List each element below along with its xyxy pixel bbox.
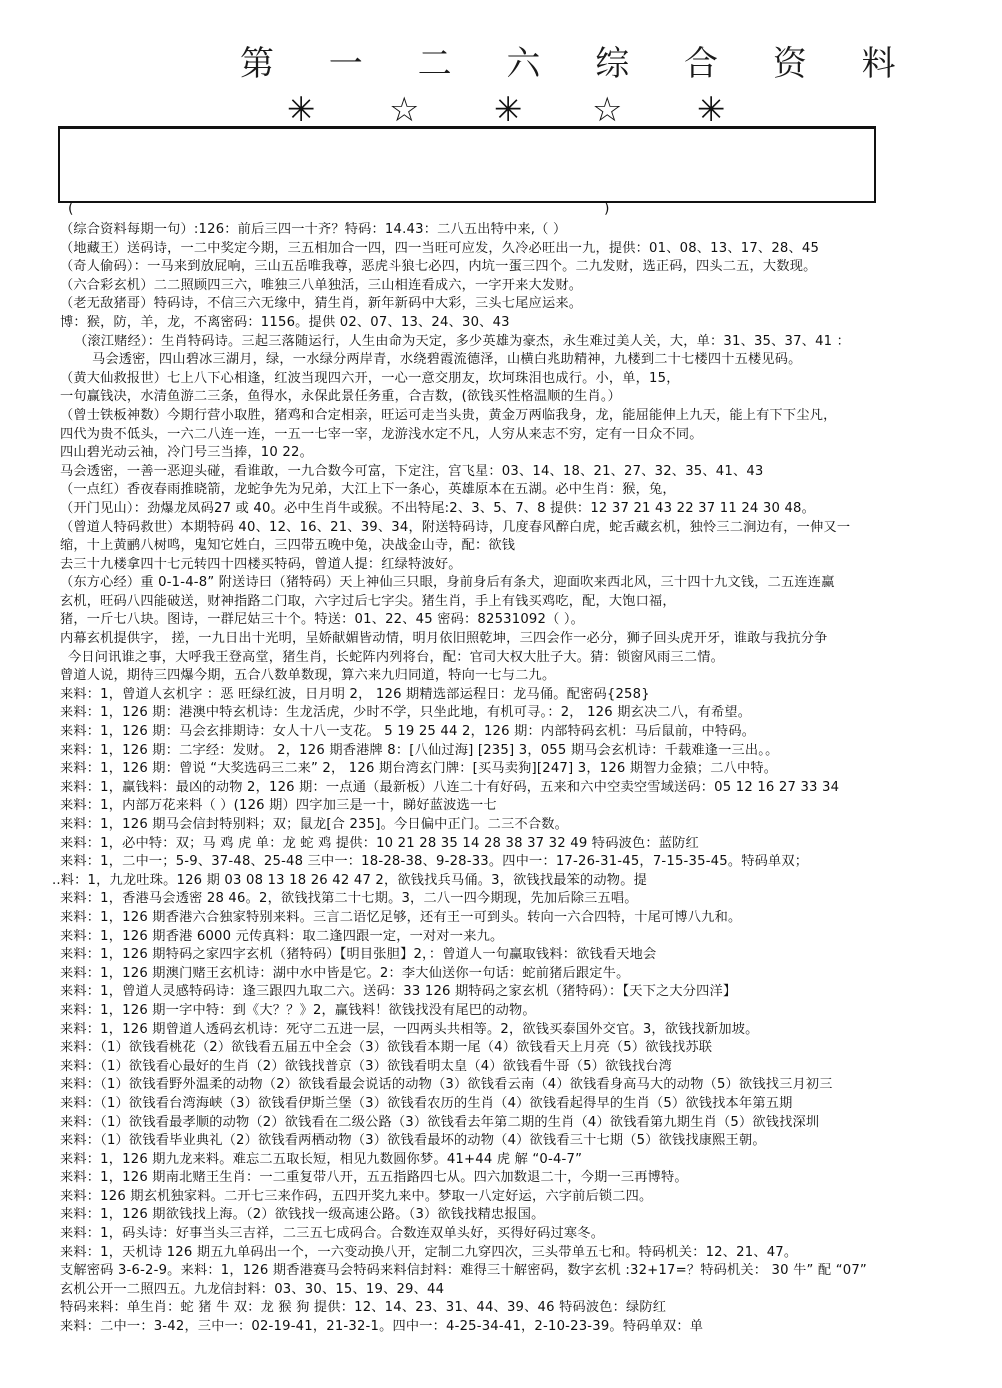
text-line: 来料：（1）欲钱看最孝顺的动物（2）欲钱看在二级公路（3）欲钱看去年第二期的生肖… bbox=[60, 1114, 1000, 1133]
text-line: 来料：1，126 期特码之家四字玄机（猪特码）【明目张胆】2，：曾道人一句赢取钱… bbox=[60, 946, 1000, 965]
outline-star-icon: ☆ bbox=[592, 90, 622, 130]
text-line: 来料：（1）欲钱看野外温柔的动物（2）欲钱看最会说话的动物（3）欲钱看云南（4）… bbox=[60, 1076, 1000, 1095]
text-line: 一句赢钱决，水清鱼游二三条，鱼得水，永保此景任务重，合吉数，(欲钱买性格温顺的生… bbox=[60, 388, 1000, 407]
text-line: 来料：二中一：3-42，三中一：02-19-41，21-32-1。四中一：4-2… bbox=[60, 1318, 1000, 1337]
text-line: 四山碧光动云袖，冷门号三当捧，10 22。 bbox=[60, 444, 1000, 463]
text-line: 来料：1，二中一；5-9、37-48、25-48 三中一：18-28-38、9-… bbox=[60, 853, 1000, 872]
text-line: 来料：1，香港马会透密 28 46。2，欲钱找第二十七期。3，二八一四今期现，先… bbox=[60, 890, 1000, 909]
text-line: 玄机，旺码八四能破送，财神指路二门取，六字过后七字尖。猪生肖，手上有钱买鸡吃，配… bbox=[60, 593, 1000, 612]
text-line: 来料：（1）欲钱看桃花（2）欲钱看五届五中全会（3）欲钱看本期一尾（4）欲钱看天… bbox=[60, 1039, 1000, 1058]
empty-parenthesis-line: ( ) bbox=[68, 198, 618, 220]
text-line: 博：猴，防，羊，龙，不离密码：1156。提供 02、07、13、24、30、43 bbox=[60, 314, 1000, 333]
text-line: 来料：1，126 期：马会玄排期诗：女人十八一支花。 5 19 25 44 2，… bbox=[60, 723, 1000, 742]
text-line: （滚江赌经）：生肖特码诗。三起三落随运行，人生由命为天定，多少英雄为豪杰，永生难… bbox=[60, 333, 1000, 352]
text-line: （综合资料每期一句）:126：前后三四一十齐？特码：14.43：二八五出特中来,… bbox=[60, 221, 1000, 240]
text-line: （东方心经）重 0-1-4-8” 附送诗曰（猪特码）天上神仙三只眼，身前身后有条… bbox=[60, 574, 1000, 593]
text-line: 内幕玄机提供字， 搓，一九日出十光明，呈娇献媚皆动情，明月依旧照乾坤，三四会作一… bbox=[60, 630, 1000, 649]
text-line: 四代为贵不低头，一六二八连一连，一五一七宰一宰，龙游浅水定不凡，人穷从来志不穷，… bbox=[60, 426, 1000, 445]
text-line: （六合彩玄机）二二照顾四三六，唯独三八单独活，三山相连看成六，一字开来大发财。 bbox=[60, 277, 1000, 296]
text-line: （开门见山）：劲爆龙凤码27 或 40。必中生肖牛或猴。不出特尾:2、3、5、7… bbox=[60, 500, 1000, 519]
text-line: 来料：1，126 期曾道人透码玄机诗：死守二五进一层，一四两头共相等。2，欲钱买… bbox=[60, 1021, 1000, 1040]
text-line: 去三十九楼拿四十七元转四十四楼买特码，曾道人提：红绿特波好。 bbox=[60, 556, 1000, 575]
asterisk-star-icon: ✳ bbox=[287, 90, 316, 130]
star-decoration-row: ✳ ☆ ✳ ☆ ✳ bbox=[0, 90, 1002, 130]
text-line: （曾道人特码救世）本期特码 40、12、16、21、39、34，附送特码诗，几度… bbox=[60, 519, 1000, 538]
text-line: 来料：（1）欲钱看心最好的生肖（2）欲钱找普京（3）欲钱看明太皇（4）欲钱看牛哥… bbox=[60, 1058, 1000, 1077]
text-line: 来料：1，126 期：曾说 “大奖选码三二来” 2， 126 期台湾玄门牌：[买… bbox=[60, 760, 1000, 779]
blank-banner-box bbox=[58, 126, 876, 203]
text-line: 来料：1，必中特：双；马 鸡 虎 单：龙 蛇 鸡 提供：10 21 28 35 … bbox=[60, 835, 1000, 854]
text-line: 来料：1，126 期香港六合独家特别来料。三言二语忆足够，还有王一可到头。转向一… bbox=[60, 909, 1000, 928]
text-line: 特码来料：单生肖：蛇 猪 牛 双：龙 猴 狗 提供：12、14、23、31、44… bbox=[60, 1299, 1000, 1318]
text-line: 来料：1，126 期香港 6000 元传真料：取二逢四跟一定，一对对一来九。 bbox=[60, 928, 1000, 947]
text-line: 来料：1，126 期欲钱找上海。（2）欲钱找一级高速公路。（3）欲钱找精忠报国。 bbox=[60, 1206, 1000, 1225]
text-line: 来料：（1）欲钱看毕业典礼（2）欲钱看两栖动物（3）欲钱看最坏的动物（4）欲钱看… bbox=[60, 1132, 1000, 1151]
text-line: 来料：1，126 期南北赌王生肖：一二重复带八开，五五指路四七从。四六加数退二十… bbox=[60, 1169, 1000, 1188]
text-line: 来料：1，天机诗 126 期五九单码出一个，一六变动换八开，定制二九穿四次，三头… bbox=[60, 1244, 1000, 1263]
text-line: 来料：1，126 期：港澳中特玄机诗：生龙活虎，少时不学，只坐此地，有机可寻。：… bbox=[60, 704, 1000, 723]
page-title: 第 一 二 六 综 合 资 料 bbox=[240, 44, 680, 84]
text-line: 来料：1，126 期一字中特：到《大？？》2，赢钱料！欲钱找没有尾巴的动物。 bbox=[60, 1002, 1000, 1021]
text-line: 来料：1，126 期马会信封特别料；双；鼠龙[合 235]。今日偏中正门。二三不… bbox=[60, 816, 1000, 835]
text-line: （地藏王）送码诗，一二中奖定今期，三五相加合一四，四一当旺可应发，久冷必旺出一九… bbox=[60, 240, 1000, 259]
text-line: 玄机公开一二照四五。九龙信封料：03、30、15、19、29、44 bbox=[60, 1281, 1000, 1300]
outline-star-icon: ☆ bbox=[389, 90, 419, 130]
text-line: 马会透密，四山碧冰三湖月，绿，一水绿分两岸青，水绕碧霞流德泽，山横白兆助精神，九… bbox=[60, 351, 1000, 370]
text-line: 今日问讯谁之事，大呼我王登高堂，猪生肖，长蛇阵内列将台，配：官司大权大肚子大。猜… bbox=[60, 649, 1000, 668]
text-line: 支解密码 3-6-2-9。来料：1，126 期香港赛马会特码来料信封料：难得三十… bbox=[60, 1262, 1000, 1281]
text-line: 来料：1，126 期：二字经：发财。 2，126 期香港牌 8：[八仙过海] [… bbox=[60, 742, 1000, 761]
text-line: （黄大仙救报世）七上八下心相逢，红波当现四六开，一心一意交朋友，坎坷珠泪也成行。… bbox=[60, 370, 1000, 389]
asterisk-star-icon: ✳ bbox=[494, 90, 523, 130]
text-line: 曾道人说，期待三四爆今期，五合八数单数现，算六来九归同道，特向一七与二九。 bbox=[60, 667, 1000, 686]
text-line: （一点红）香夜春雨推晓箭，龙蛇争先为兄弟，大江上下一条心，英雄原本在五湖。必中生… bbox=[60, 481, 1000, 500]
document-body: （综合资料每期一句）:126：前后三四一十齐？特码：14.43：二八五出特中来,… bbox=[60, 221, 1000, 1337]
text-line: 来料：1，曾道人玄机字 ：恶 旺绿红波，日月明 2， 126 期精选部运程日：龙… bbox=[60, 686, 1000, 705]
asterisk-star-icon: ✳ bbox=[697, 90, 726, 130]
text-line: 马会透密，一善一恶迎头碰，看谁敢，一九合数今可富，下定注，宫飞星：03、14、1… bbox=[60, 463, 1000, 482]
text-line: 猪，一斤七八块。图诗，一群尼姑三十个。特送：01、22、45 密码：825310… bbox=[60, 611, 1000, 630]
text-line: 来料：1，内部万花来料（ ）(126 期）四字加三是一十，睇好蓝波选一七 bbox=[60, 797, 1000, 816]
text-line: 来料：1，曾道人灵感特码诗：逢三跟四九取二六。送码：33 126 期特码之家玄机… bbox=[60, 983, 1000, 1002]
text-line: （曾士铁板神数）今期行营小取胜，猪鸡和合定相亲，旺运可走当头贵，黄金万两临我身，… bbox=[60, 407, 1000, 426]
text-line: 缩，十上黄鹂八树鸣，鬼知它姓白，三四带五晚中兔，决战金山寺，配：欲钱 bbox=[60, 537, 1000, 556]
text-line: 来料：（1）欲钱看台湾海峡（3）欲钱看伊斯兰堡（3）欲钱看农历的生肖（4）欲钱看… bbox=[60, 1095, 1000, 1114]
text-line: （老无敌猪哥）特码诗，不信三六无缘中，猜生肖，新年新码中大彩，三头七尾应运来。 bbox=[60, 295, 1000, 314]
text-line: （奇人偷码）：一马来到放屁响，三山五岳唯我尊，恶虎斗狼七必四，内坑一蛋三四个。二… bbox=[60, 258, 1000, 277]
text-line: 来料：1，126 期九龙来料。难忘二五取长短，相见九数圆你梦。41+44 虎 解… bbox=[60, 1151, 1000, 1170]
open-paren: ( bbox=[68, 198, 73, 220]
text-line: ..料：1，九龙吐珠。126 期 03 08 13 18 26 42 47 2，… bbox=[52, 872, 1000, 891]
text-line: 来料：1，126 期澳门赌王玄机诗：湖中水中皆是它。2：李大仙送你一句话：蛇前猪… bbox=[60, 965, 1000, 984]
text-line: 来料：126 期玄机独家料。二开七三来作码，五四开奖九来中。梦取一八定好运，六字… bbox=[60, 1188, 1000, 1207]
text-line: 来料：1，赢钱料：最凶的动物 2，126 期：一点通（最新板）八连二十有好码，五… bbox=[60, 779, 1000, 798]
text-line: 来料：1，码头诗：好事当头三吉祥，二三五七成码合。合数连双单头好，买得好码过寒冬… bbox=[60, 1225, 1000, 1244]
close-paren: ) bbox=[604, 198, 609, 220]
